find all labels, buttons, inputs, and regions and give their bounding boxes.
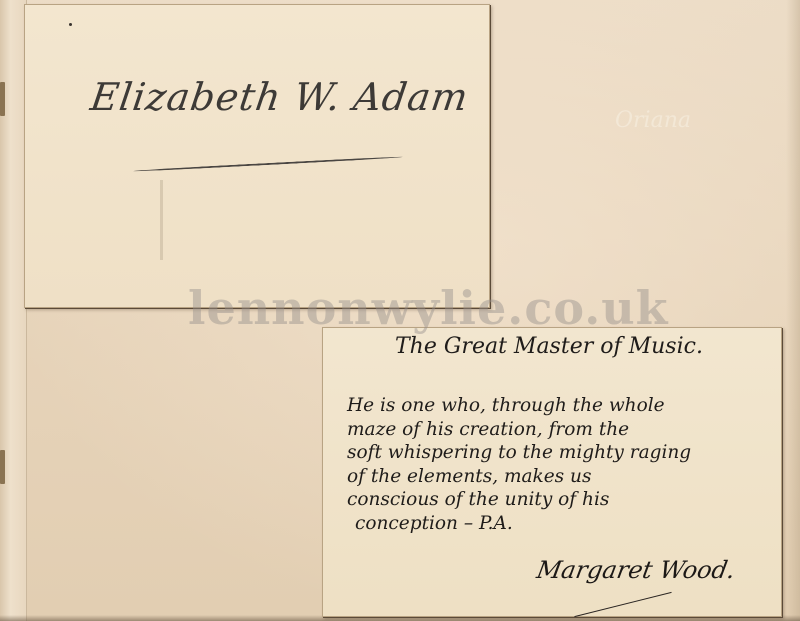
- quote-title: The Great Master of Music.: [395, 334, 703, 359]
- page-right-edge: [786, 0, 800, 621]
- quote-line: conception – P.A.: [347, 512, 777, 536]
- autograph-card-bottom: The Great Master of Music. He is one who…: [322, 327, 782, 617]
- quote-line: He is one who, through the whole: [347, 394, 777, 418]
- autograph-card-top: Elizabeth W. Adam: [24, 4, 490, 308]
- quote-text: He is one who, through the whole maze of…: [347, 394, 777, 535]
- quote-line: maze of his creation, from the: [347, 418, 777, 442]
- signature-elizabeth-adam: Elizabeth W. Adam: [88, 75, 472, 119]
- faded-offset-mark: Oriana: [615, 108, 691, 133]
- watermark-text: lennonwylie.co.uk: [188, 281, 669, 335]
- binding-margin: [0, 0, 27, 621]
- binding-stitch: [0, 82, 5, 116]
- album-page: Oriana Elizabeth W. Adam The Great Maste…: [0, 0, 800, 621]
- quote-line: conscious of the unity of his: [347, 488, 777, 512]
- quote-line: of the elements, makes us: [347, 465, 777, 489]
- ink-speck: [69, 23, 72, 26]
- card-crease: [160, 180, 163, 260]
- binding-stitch: [0, 450, 5, 484]
- signature-underline: [133, 156, 403, 172]
- signature-margaret-wood: Margaret Wood.: [535, 556, 738, 584]
- signature-flourish: [574, 592, 671, 617]
- quote-line: soft whispering to the mighty raging: [347, 441, 777, 465]
